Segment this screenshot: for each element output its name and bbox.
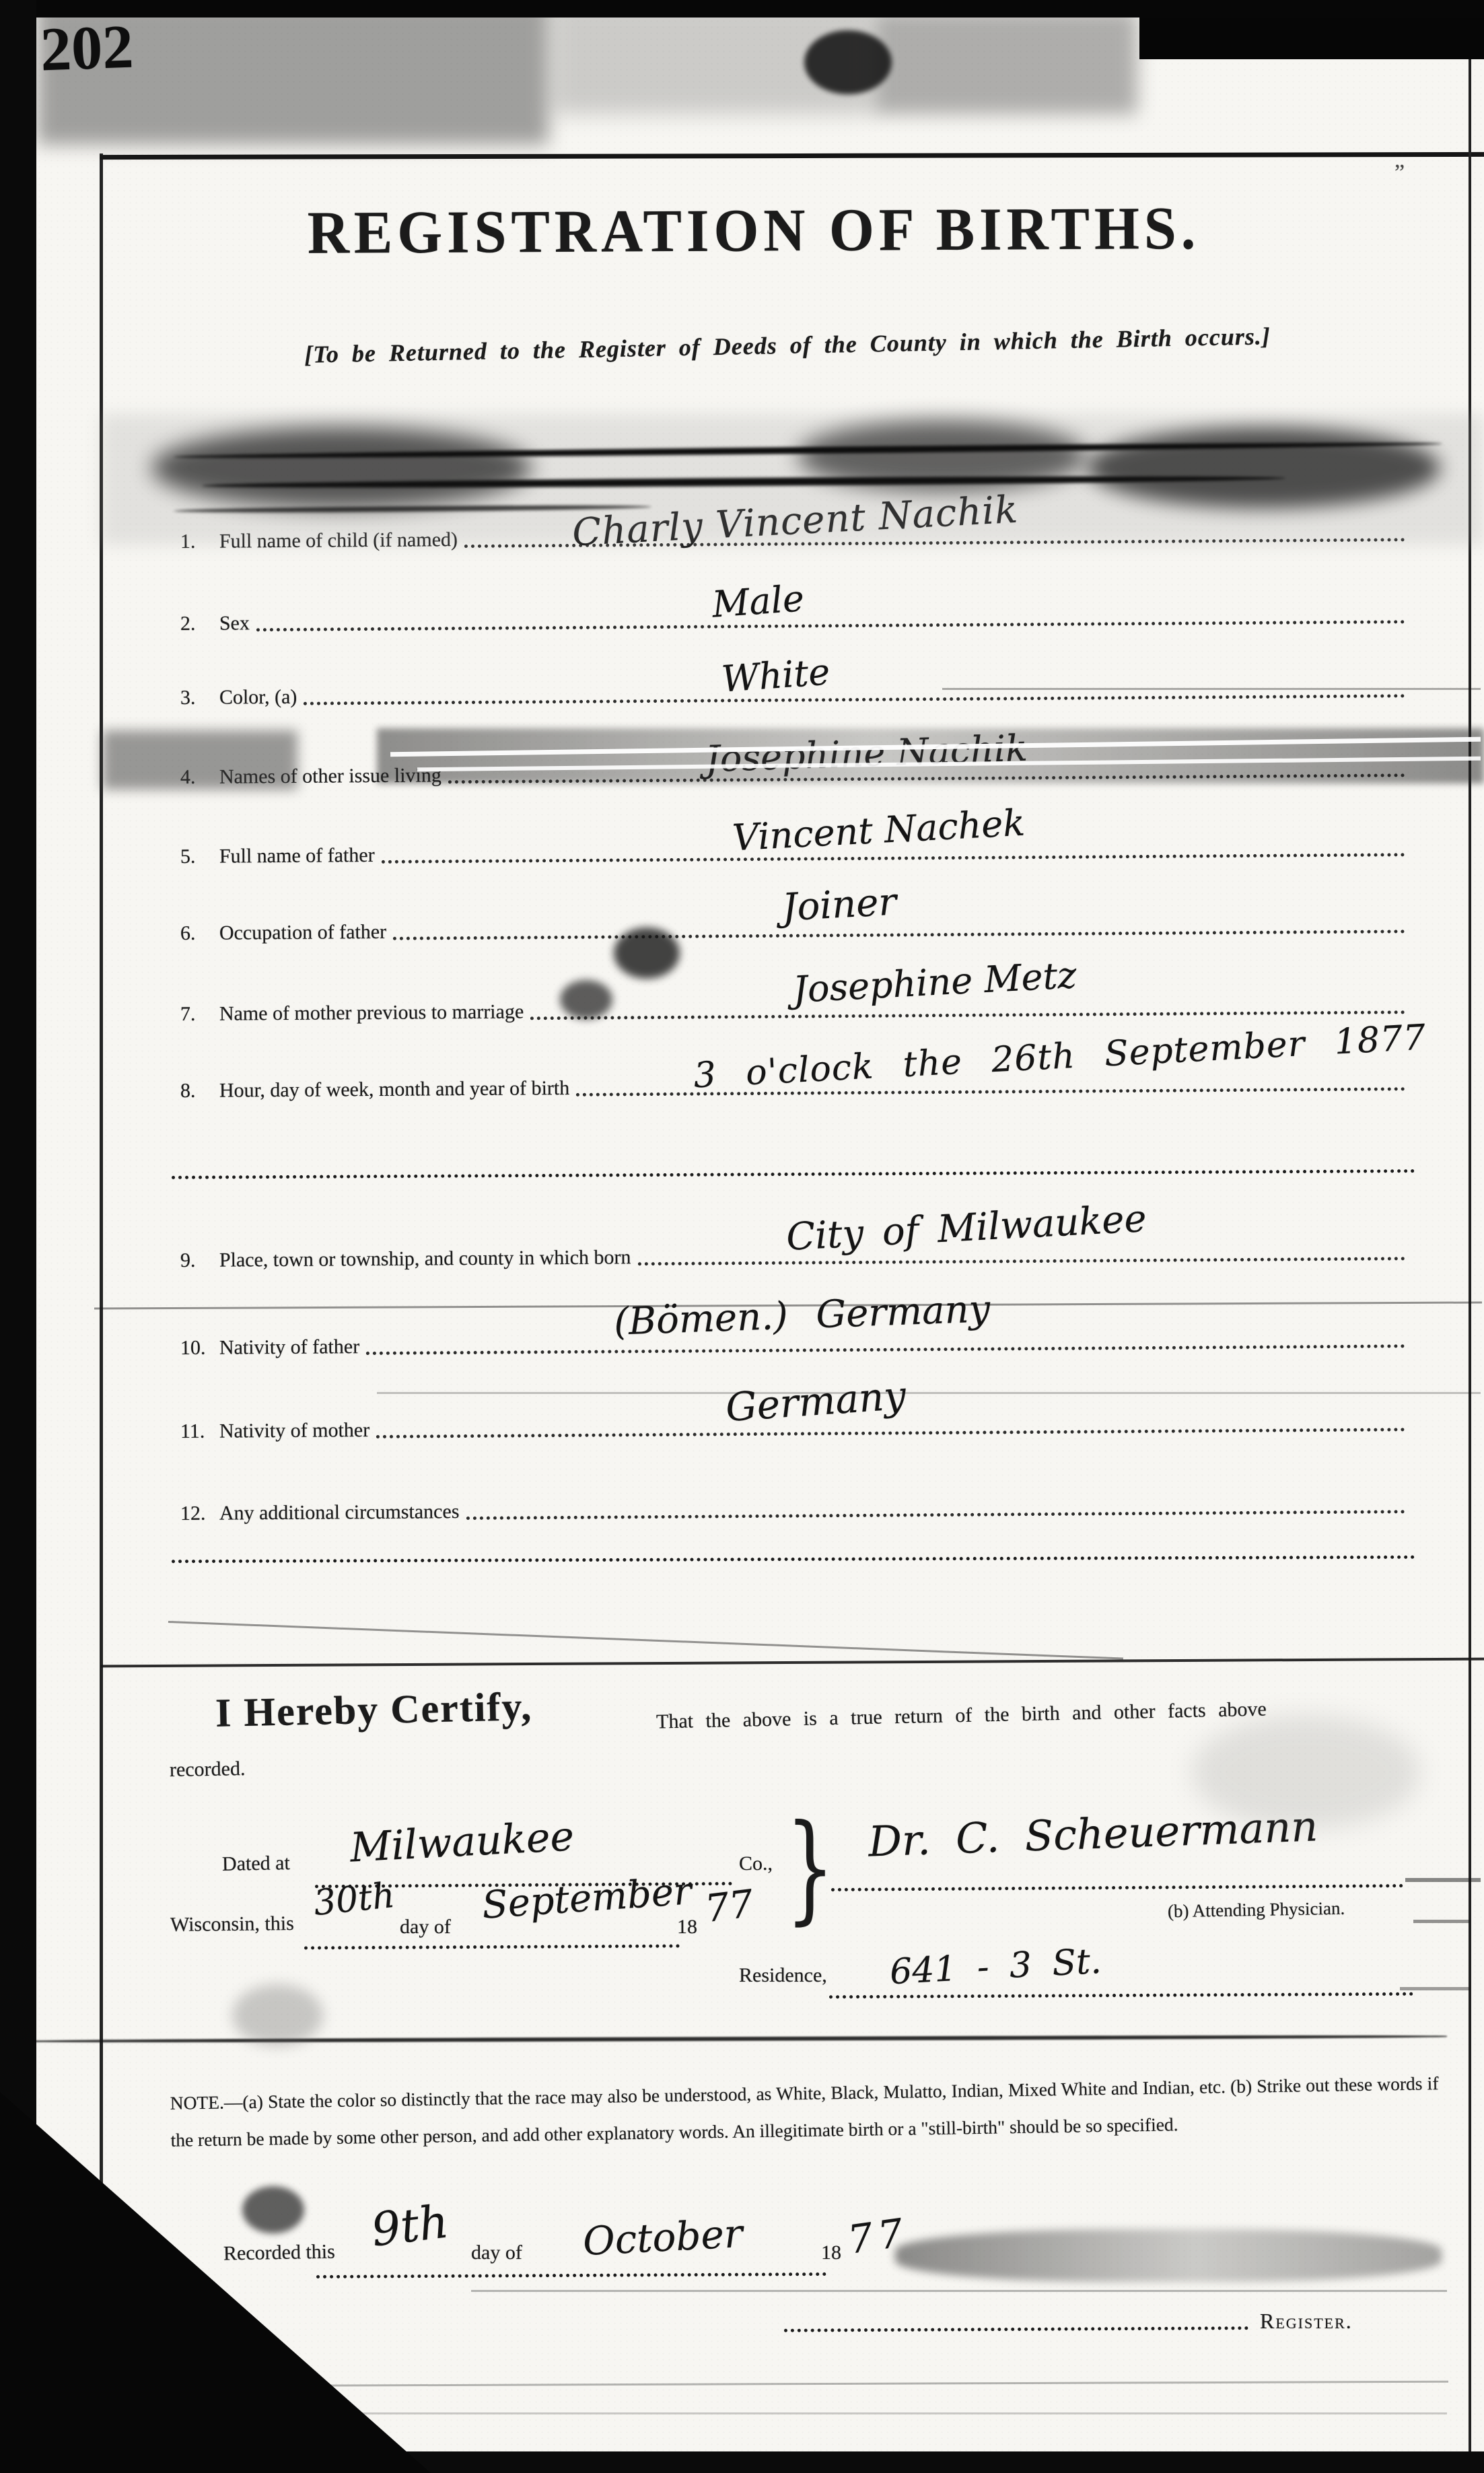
entry-sex: Male xyxy=(711,577,806,625)
field-number: 3. xyxy=(180,687,219,709)
register-label: Register. xyxy=(1260,2309,1353,2334)
scan-dark-streak-1 xyxy=(174,440,1442,460)
scan-right-edge-line xyxy=(1469,54,1471,2473)
scan-smudge-cloud-2 xyxy=(798,421,1087,491)
state-line-leader xyxy=(304,1945,680,1950)
dated-at-value: Milwaukee xyxy=(349,1813,575,1871)
field-label: Full name of father xyxy=(219,844,375,868)
scan-right-margin-dash-3 xyxy=(1400,1987,1470,1990)
state-day-of-label: day of xyxy=(400,1916,451,1939)
dated-at-label: Dated at xyxy=(222,1852,290,1876)
field-label: Occupation of father xyxy=(219,921,386,945)
certify-body: That the above is a true return of the b… xyxy=(656,1698,1267,1734)
field-row-12: 12. Any additional circumstances xyxy=(180,1494,1408,1525)
form-subtitle: [To be Returned to the Register of Deeds… xyxy=(155,319,1420,372)
state-year-value: 77 xyxy=(703,1882,756,1931)
entry-color: White xyxy=(720,650,831,700)
entry-father-occupation: Joiner xyxy=(781,880,897,930)
scan-right-margin-dash-2 xyxy=(1413,1920,1470,1923)
recorded-month-value: October xyxy=(581,2210,744,2264)
field-number: 6. xyxy=(180,922,219,945)
field-label: Hour, day of week, month and year of bir… xyxy=(219,1077,570,1103)
dotted-leader xyxy=(382,853,1405,864)
county-label: Co., xyxy=(739,1852,773,1875)
scan-dark-streak-2 xyxy=(202,474,1285,489)
scan-faint-line-3 xyxy=(377,1392,1481,1394)
section-divider-line xyxy=(101,1658,1484,1668)
register-leader xyxy=(784,2326,1248,2332)
scan-ink-blob-top xyxy=(804,30,892,94)
field-label: Color, (a) xyxy=(219,686,297,709)
state-month-value: September xyxy=(481,1869,693,1928)
footnote-text: NOTE.—(a) State the color so distinctly … xyxy=(170,2064,1439,2159)
form-left-border-line xyxy=(100,153,103,2473)
signature-leader xyxy=(831,1884,1403,1891)
scanned-birth-registration-page: 202 ” REGISTRATION OF BIRTHS. [To be Ret… xyxy=(0,0,1484,2473)
scan-left-black-strip xyxy=(0,0,36,2473)
field-number: 5. xyxy=(180,845,219,868)
scan-smudge-cloud-1 xyxy=(151,427,532,508)
dotted-leader xyxy=(466,1510,1405,1520)
dotted-leader xyxy=(393,930,1405,940)
field-number: 7. xyxy=(180,1003,219,1026)
state-line-label: Wisconsin, this xyxy=(170,1912,294,1937)
field-number: 10. xyxy=(180,1337,219,1360)
recorded-year-value: 77 xyxy=(845,2209,911,2263)
stray-quote-mark: ” xyxy=(1394,160,1405,186)
state-year-prefix: 18 xyxy=(677,1916,697,1939)
scan-smudge-cloud-3 xyxy=(1087,427,1440,508)
scan-smudge-recorded-right xyxy=(895,2229,1442,2282)
scan-faint-line-recorded xyxy=(471,2290,1447,2292)
field-label: Sex xyxy=(219,612,250,635)
field-number: 12. xyxy=(180,1502,219,1525)
form-title: REGISTRATION OF BIRTHS. xyxy=(162,192,1347,269)
continuation-dotted-line-8 xyxy=(172,1169,1415,1179)
field-number: 8. xyxy=(180,1080,219,1103)
field-number: 9. xyxy=(180,1249,219,1272)
field-label: Nativity of father xyxy=(219,1335,359,1359)
certify-body-continued: recorded. xyxy=(170,1757,246,1782)
form-top-border-line xyxy=(100,152,1484,160)
recorded-day-of-label: day of xyxy=(471,2241,522,2264)
scan-diagonal-artifact xyxy=(168,1621,1123,1660)
dotted-leader xyxy=(376,1428,1405,1438)
brace-glyph: } xyxy=(785,1809,834,1927)
field-number: 2. xyxy=(180,613,219,635)
dotted-leader xyxy=(366,1344,1405,1355)
scan-top-black-bar xyxy=(0,0,1484,18)
field-number: 11. xyxy=(180,1420,219,1443)
field-number: 4. xyxy=(180,766,219,789)
continuation-dotted-line-12 xyxy=(172,1556,1415,1563)
scan-top-noise-right xyxy=(875,10,1137,114)
residence-value: 641 - 3 St. xyxy=(889,1941,1102,1992)
certify-heading: I Hereby Certify, xyxy=(215,1683,532,1737)
physician-signature: Dr. C. Scheuermann xyxy=(868,1801,1318,1866)
page-number-stamp: 202 xyxy=(39,11,135,85)
scan-bottom-black-bar xyxy=(0,2451,1484,2473)
field-label: Names of other issue living xyxy=(219,764,441,788)
residence-leader xyxy=(829,1992,1413,1999)
state-day-value: 30th xyxy=(312,1875,396,1924)
residence-label: Residence, xyxy=(739,1964,827,1987)
field-label: Place, town or township, and county in w… xyxy=(219,1246,631,1272)
field-number: 1. xyxy=(180,530,219,553)
dotted-leader xyxy=(530,1010,1405,1020)
recorded-leader xyxy=(316,2272,826,2278)
scan-right-margin-dash-1 xyxy=(1405,1878,1481,1882)
attending-physician-label: (b) Attending Physician. xyxy=(1168,1898,1345,1922)
recorded-day-value: 9th xyxy=(369,2195,452,2257)
scan-heavy-line-artifact xyxy=(27,2034,1447,2043)
scan-faint-line-bottom-2 xyxy=(215,2412,1447,2414)
dotted-leader xyxy=(256,620,1405,631)
field-label: Any additional circumstances xyxy=(219,1500,460,1525)
dotted-leader xyxy=(304,694,1405,705)
field-label: Full name of child (if named) xyxy=(219,528,458,553)
dotted-leader xyxy=(448,773,1405,783)
field-label: Name of mother previous to marriage xyxy=(219,1000,524,1025)
dotted-leader xyxy=(637,1257,1405,1265)
scan-faint-line-bottom-1 xyxy=(202,2381,1448,2387)
scan-ink-blob-bottom-left xyxy=(242,2186,304,2233)
recorded-prefix-label: Recorded this xyxy=(223,2241,335,2266)
scan-gray-blob-left xyxy=(232,1984,323,2046)
recorded-year-prefix: 18 xyxy=(821,2241,841,2264)
field-label: Nativity of mother xyxy=(219,1419,370,1443)
